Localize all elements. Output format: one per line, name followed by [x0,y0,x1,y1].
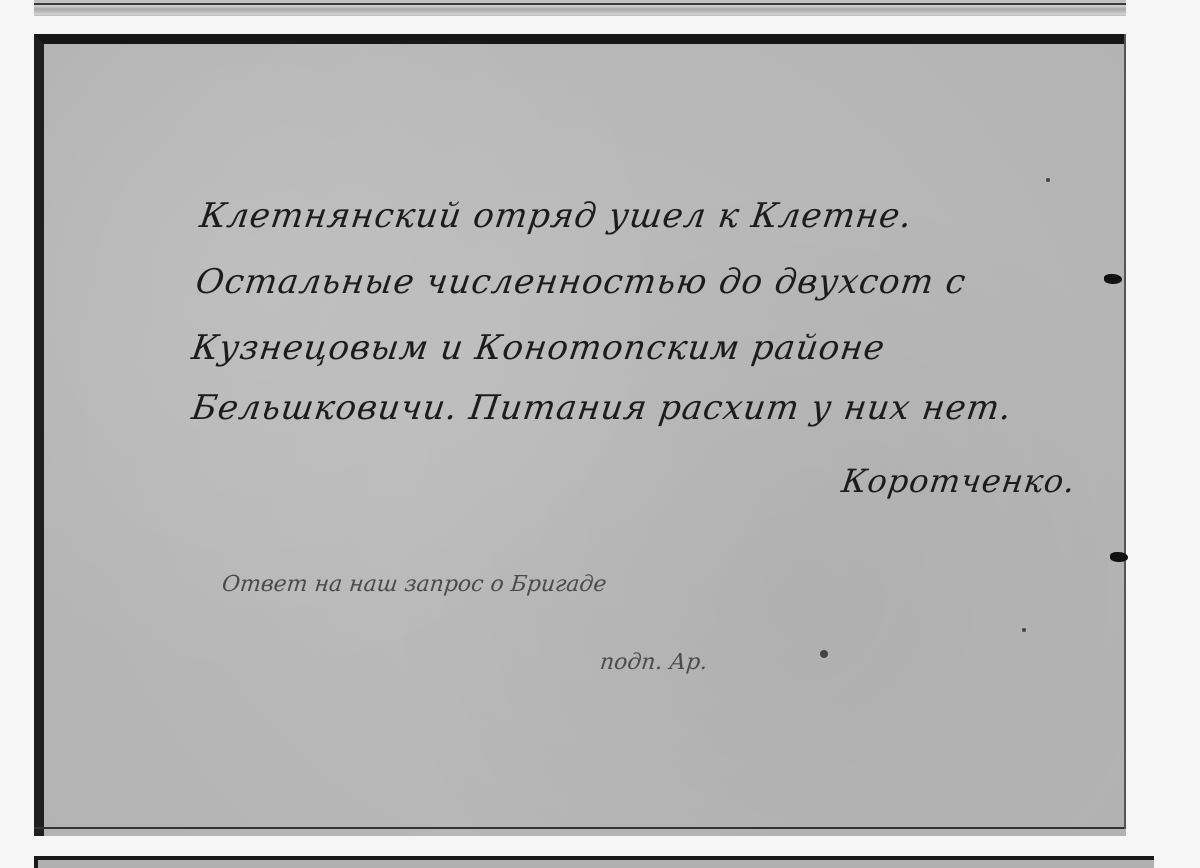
pencil-annotation-signature: подп. Ар. [599,650,709,675]
punch-hole-mark [1110,552,1128,562]
paper-speck [820,650,828,658]
paper-speck [1046,178,1050,182]
handwritten-line-2: Остальные численностью до двухсот с [193,262,969,302]
sheet-right-edge [1124,34,1126,829]
handwritten-line-1: Клетнянский отряд ушел к Клетне. [197,196,915,236]
document-sheet [34,34,1126,836]
sheet-bottom-edge [34,827,1126,829]
previous-sheet-edge [34,0,1126,16]
handwritten-line-3: Кузнецовым и Конотопским районе [189,328,888,368]
next-sheet-edge [34,856,1154,868]
punch-hole-mark [1104,274,1122,284]
pencil-annotation-line-1: Ответ на наш запрос о Бригаде [221,572,608,597]
handwritten-line-4: Бельшковичи. Питания расхит у них нет. [189,388,1014,428]
paper-speck [1022,628,1026,632]
signature: Коротченко. [839,462,1078,500]
